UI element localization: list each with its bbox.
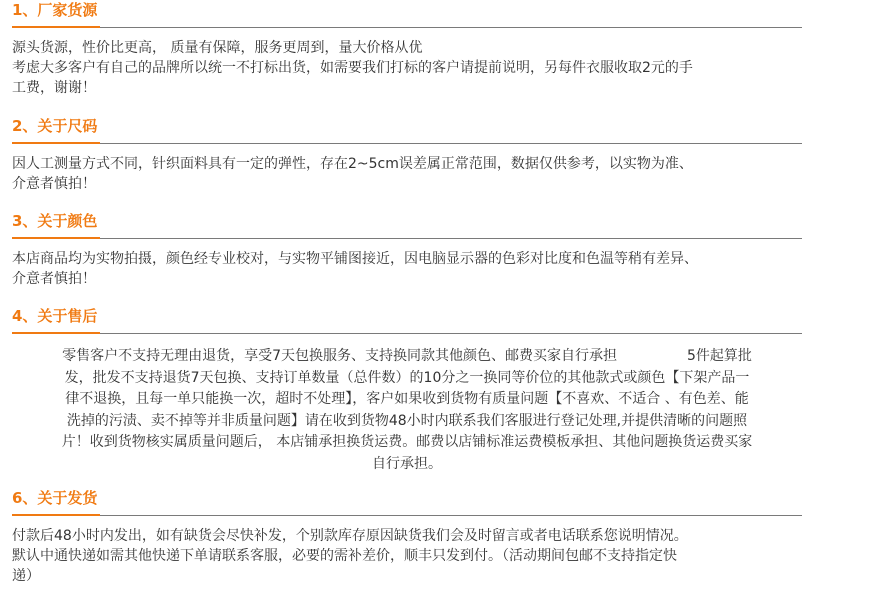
body-line: 律不退换，且每一单只能换一次，超时不处理】，客户如果收到货物有质量问题【不喜欢、… bbox=[12, 389, 802, 411]
section-title: 3、关于颜色 bbox=[12, 211, 802, 231]
body-line: 本店商品均为实物拍摄，颜色经专业校对，与实物平铺图接近，因电脑显示器的色彩对比度… bbox=[12, 249, 802, 269]
section-divider bbox=[12, 142, 802, 144]
section-body: 付款后48小时内发出，如有缺货会尽快补发，个别款库存原因缺货我们会及时留言或者电… bbox=[12, 526, 802, 586]
body-line: 工费，谢谢！ bbox=[12, 78, 802, 98]
section-title: 1、厂家货源 bbox=[12, 0, 802, 20]
body-line: 因人工测量方式不同，针织面料具有一定的弹性，存在2~5cm误差属正常范围，数据仅… bbox=[12, 154, 802, 174]
section-title: 4、关于售后 bbox=[12, 306, 802, 326]
section-shipping: 6、关于发货 付款后48小时内发出，如有缺货会尽快补发，个别款库存原因缺货我们会… bbox=[12, 488, 802, 586]
body-line: 介意者慎拍！ bbox=[12, 174, 802, 194]
section-title: 6、关于发货 bbox=[12, 488, 802, 508]
section-divider bbox=[12, 514, 802, 516]
accent-underline bbox=[12, 237, 100, 239]
section-color: 3、关于颜色 本店商品均为实物拍摄，颜色经专业校对，与实物平铺图接近，因电脑显示… bbox=[12, 211, 802, 289]
body-line: 递） bbox=[12, 566, 802, 586]
body-line: 考虑大多客户有自己的品牌所以统一不打标出货，如需要我们打标的客户请提前说明，另每… bbox=[12, 58, 802, 78]
section-body: 因人工测量方式不同，针织面料具有一定的弹性，存在2~5cm误差属正常范围，数据仅… bbox=[12, 154, 802, 194]
accent-underline bbox=[12, 332, 100, 334]
body-line: 付款后48小时内发出，如有缺货会尽快补发，个别款库存原因缺货我们会及时留言或者电… bbox=[12, 526, 802, 546]
section-divider bbox=[12, 332, 802, 334]
accent-underline bbox=[12, 514, 100, 516]
section-body: 本店商品均为实物拍摄，颜色经专业校对，与实物平铺图接近，因电脑显示器的色彩对比度… bbox=[12, 249, 802, 289]
body-line: 介意者慎拍！ bbox=[12, 269, 802, 289]
section-size: 2、关于尺码 因人工测量方式不同，针织面料具有一定的弹性，存在2~5cm误差属正… bbox=[12, 116, 802, 194]
body-line: 洗掉的污渍、卖不掉等并非质量问题】请在收到货物48小时内联系我们客服进行登记处理… bbox=[12, 411, 802, 433]
body-line: 默认中通快递如需其他快递下单请联系客服，必要的需补差价，顺丰只发到付。（活动期间… bbox=[12, 546, 802, 566]
section-divider bbox=[12, 26, 802, 28]
section-divider bbox=[12, 237, 802, 239]
body-line: 源头货源，性价比更高， 质量有保障，服务更周到，量大价格从优 bbox=[12, 38, 802, 58]
body-line: 发，批发不支持退货7天包换、支持订单数量（总件数）的10分之一换同等价位的其他款… bbox=[12, 368, 802, 390]
accent-underline bbox=[12, 26, 100, 28]
accent-underline bbox=[12, 142, 100, 144]
section-factory-source: 1、厂家货源 源头货源，性价比更高， 质量有保障，服务更周到，量大价格从优 考虑… bbox=[12, 0, 802, 98]
body-line: 零售客户不支持无理由退货，享受7天包换服务、支持换同款其他颜色、邮费买家自行承担… bbox=[12, 346, 802, 368]
section-title: 2、关于尺码 bbox=[12, 116, 802, 136]
body-line: 片！收到货物核实属质量问题后， 本店铺承担换货运费。邮费以店铺标准运费模板承担、… bbox=[12, 432, 802, 454]
section-after-sales: 4、关于售后 零售客户不支持无理由退货，享受7天包换服务、支持换同款其他颜色、邮… bbox=[12, 306, 802, 475]
body-line: 自行承担。 bbox=[12, 454, 802, 476]
section-body: 零售客户不支持无理由退货，享受7天包换服务、支持换同款其他颜色、邮费买家自行承担… bbox=[12, 346, 802, 475]
section-body: 源头货源，性价比更高， 质量有保障，服务更周到，量大价格从优 考虑大多客户有自己… bbox=[12, 38, 802, 98]
